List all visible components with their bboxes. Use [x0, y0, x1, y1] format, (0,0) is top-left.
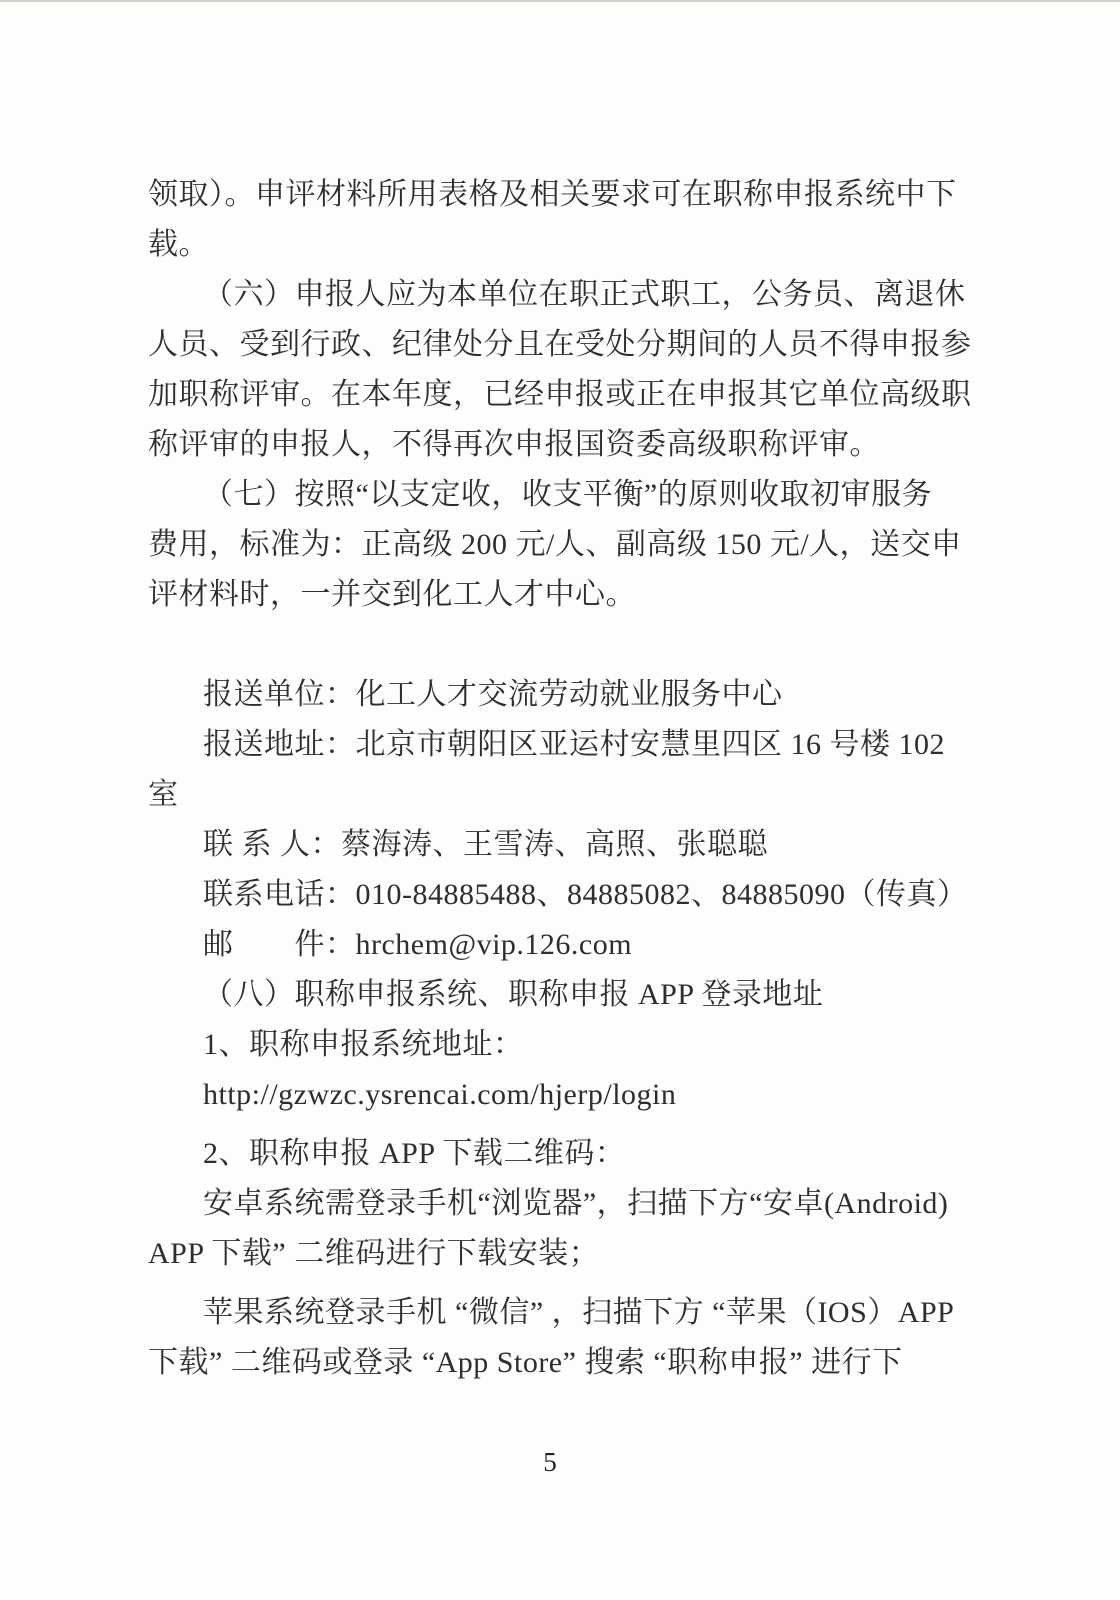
document-line: 1、职称申报系统地址：: [148, 1020, 963, 1070]
document-line: 称评审的申报人，不得再次申报国资委高级职称评审。: [148, 420, 963, 470]
document-line: 报送地址：北京市朝阳区亚运村安慧里四区 16 号楼 102: [148, 720, 963, 770]
document-line: 下载” 二维码或登录 “App Store” 搜索 “职称申报” 进行下: [148, 1338, 963, 1388]
document-line: APP 下载” 二维码进行下载安装；: [148, 1229, 963, 1279]
document-line: http://gzwzc.ysrencai.com/hjerp/login: [148, 1070, 963, 1120]
document-line: （七）按照“以支定收，收支平衡”的原则收取初审服务: [148, 470, 963, 520]
document-line: 邮 件：hrchem@vip.126.com: [148, 920, 963, 970]
scan-edge-artifact: [0, 0, 1120, 2]
blank-line: [148, 620, 963, 670]
document-body: 领取）。申评材料所用表格及相关要求可在职称申报系统中下 载。 （六）申报人应为本…: [148, 170, 963, 1388]
document-line: 苹果系统登录手机 “微信” ，扫描下方 “苹果（IOS）APP: [148, 1288, 963, 1338]
document-line: 2、职称申报 APP 下载二维码：: [148, 1129, 963, 1179]
document-line: 评材料时，一并交到化工人才中心。: [148, 570, 963, 620]
document-line: 安卓系统需登录手机“浏览器”，扫描下方“安卓(Android): [148, 1179, 963, 1229]
document-line: （六）申报人应为本单位在职正式职工，公务员、离退休: [148, 270, 963, 320]
document-line: 室: [148, 770, 963, 820]
document-line: 联 系 人：蔡海涛、王雪涛、高照、张聪聪: [148, 820, 963, 870]
document-line: 加职称评审。在本年度，已经申报或正在申报其它单位高级职: [148, 370, 963, 420]
document-line: （八）职称申报系统、职称申报 APP 登录地址: [148, 970, 963, 1020]
document-line: 费用，标准为：正高级 200 元/人、副高级 150 元/人，送交申: [148, 520, 963, 570]
document-page: 领取）。申评材料所用表格及相关要求可在职称申报系统中下 载。 （六）申报人应为本…: [0, 0, 1120, 1600]
document-line: 载。: [148, 220, 963, 270]
page-number: 5: [0, 1442, 1100, 1482]
document-line: 人员、受到行政、纪律处分且在受处分期间的人员不得申报参: [148, 320, 963, 370]
document-line: 领取）。申评材料所用表格及相关要求可在职称申报系统中下: [148, 170, 963, 220]
document-line: 联系电话：010-84885488、84885082、84885090（传真）: [148, 870, 963, 920]
document-line: 报送单位：化工人才交流劳动就业服务中心: [148, 670, 963, 720]
